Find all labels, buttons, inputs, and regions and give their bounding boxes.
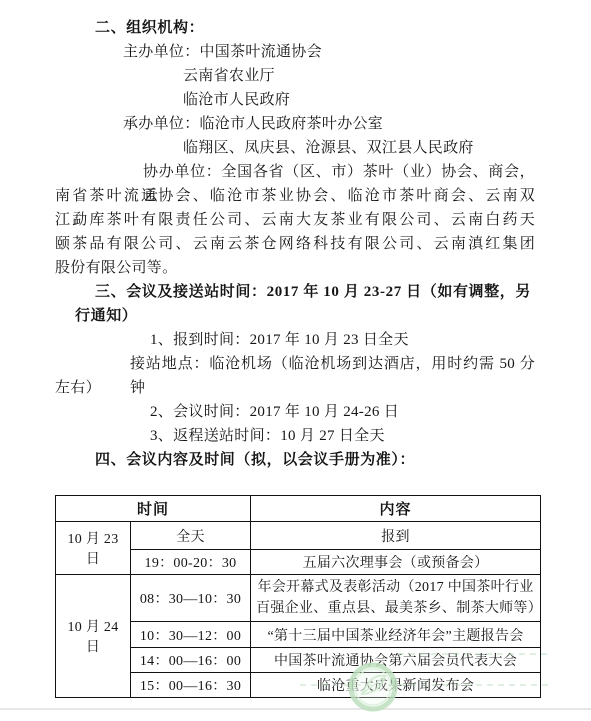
section-heading-4: 四、会议内容及时间（拟，以会议手册为准）： [95, 448, 591, 472]
pickup-location-line: 接站地点：临沧机场（临沧机场到达酒店，用时约需 50 分钟 [130, 352, 535, 376]
document-body: 二、组织机构： 主办单位：中国茶叶流通协会 云南省农业厅 临沧市人民政府 承办单… [0, 16, 591, 472]
return-time-line: 3、返程送站时间：10 月 27 日全天 [150, 424, 591, 448]
table-row: 10 月 24 日 08：30—10：30 年会开幕式及表彰活动（2017 中国… [56, 575, 541, 622]
co-organizer-line: 股份有限公司等。 [55, 256, 591, 280]
time-cell: 19：00-20：30 [131, 550, 251, 575]
co-organizer-line: 协办单位：全国各省（区、市）茶叶（业）协会、商会，云 [143, 160, 535, 184]
section-heading-3-wrap: 行通知） [75, 304, 591, 328]
content-cell: 报到 [251, 522, 541, 550]
schedule-table: 时间 内容 10 月 23 日 全天 报到 19：00-20：30 五届六次理事… [55, 495, 541, 698]
column-header-time: 时间 [56, 496, 251, 522]
column-header-content: 内容 [251, 496, 541, 522]
section-heading-3: 三、会议及接送站时间：2017 年 10 月 23-27 日（如有调整，另 [95, 280, 591, 304]
co-organizer-line: 南省茶叶流通协会、临沧市茶业协会、临沧市茶叶商会、云南双 [55, 184, 535, 208]
organizer-line: 临翔区、凤庆县、沧源县、双江县人民政府 [183, 136, 591, 160]
content-cell: 中国茶叶流通协会第六届会员代表大会 [251, 648, 541, 673]
page-bottom-divider [0, 708, 591, 710]
content-cell: “第十三届中国茶业经济年会”主题报告会 [251, 622, 541, 648]
co-organizer-line: 江勐库茶叶有限责任公司、云南大友茶业有限公司、云南白药天 [55, 208, 535, 232]
registration-time-line: 1、报到时间：2017 年 10 月 23 日全天 [150, 328, 591, 352]
date-cell: 10 月 23 日 [56, 522, 131, 575]
content-cell: 年会开幕式及表彰活动（2017 中国茶叶行业百强企业、重点县、最美茶乡、制茶大师… [251, 575, 541, 622]
host-org-line: 临沧市人民政府 [183, 88, 591, 112]
time-cell: 15：00—16：30 [131, 673, 251, 698]
co-organizer-line: 颐茶品有限公司、云南云茶仓网络科技有限公司、云南滇红集团 [55, 232, 535, 256]
organizer-line: 承办单位：临沧市人民政府茶叶办公室 [123, 112, 591, 136]
time-cell: 全天 [131, 522, 251, 550]
table-header-row: 时间 内容 [56, 496, 541, 522]
time-cell: 08：30—10：30 [131, 575, 251, 622]
host-org-line: 主办单位：中国茶叶流通协会 [123, 40, 591, 64]
meeting-time-line: 2、会议时间：2017 年 10 月 24-26 日 [150, 400, 591, 424]
host-org-line: 云南省农业厅 [183, 64, 591, 88]
time-cell: 10：30—12：00 [131, 622, 251, 648]
time-cell: 14：00—16：00 [131, 648, 251, 673]
date-cell: 10 月 24 日 [56, 575, 131, 698]
content-cell: 五届六次理事会（或预备会） [251, 550, 541, 575]
content-cell: 临沧重大成果新闻发布会 [251, 673, 541, 698]
section-heading-2: 二、组织机构： [95, 16, 591, 40]
table-row: 10 月 23 日 全天 报到 [56, 522, 541, 550]
